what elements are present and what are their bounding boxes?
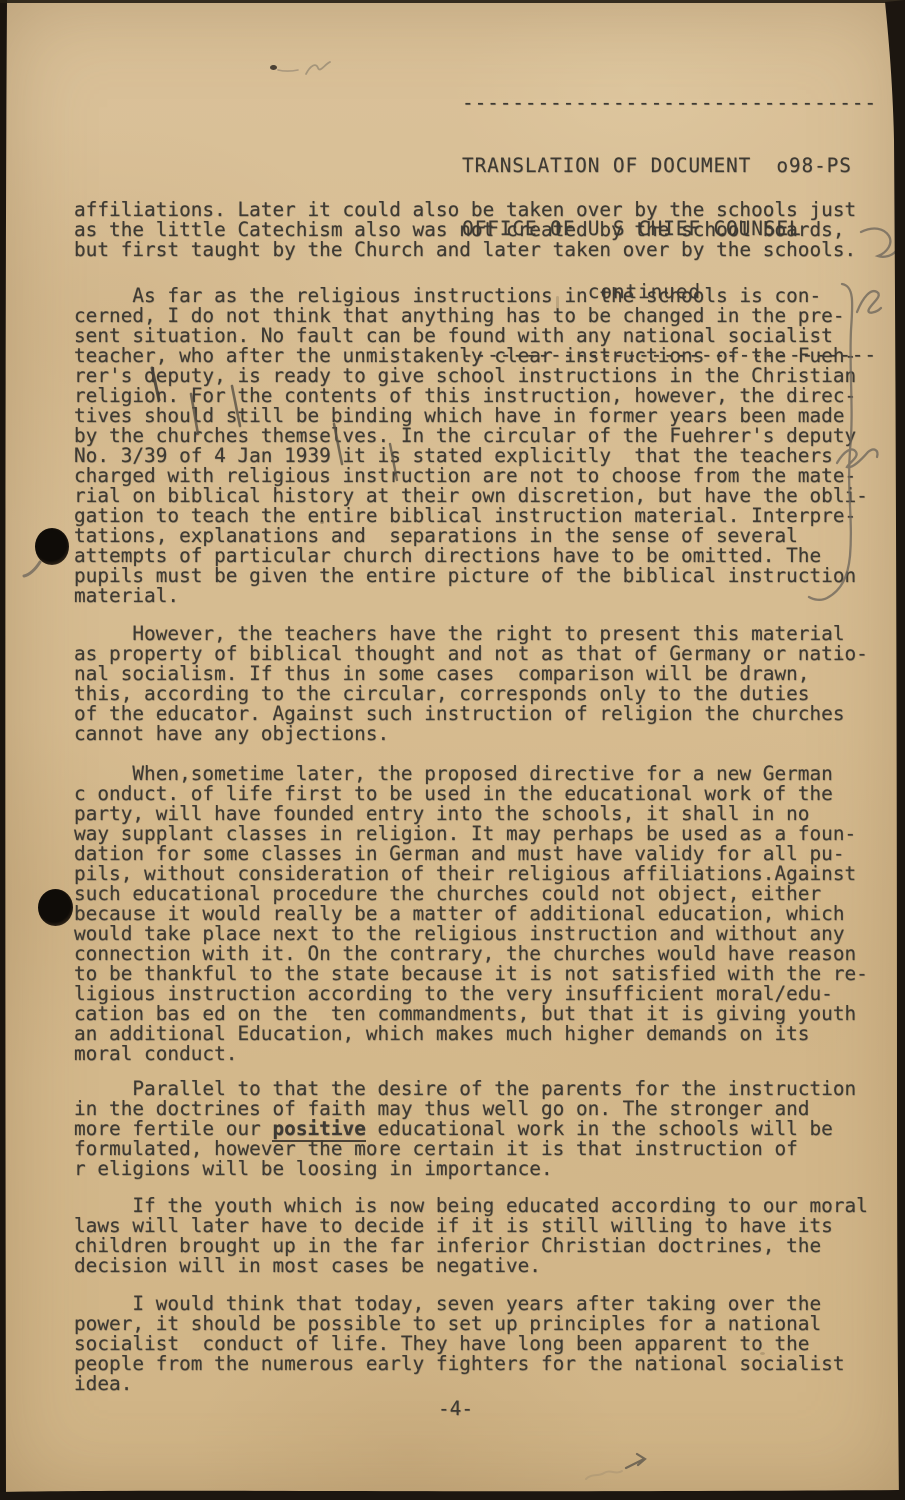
text-line: of the educator. Against such instructio… [74, 704, 868, 724]
text-line: sent situation. No fault can be found wi… [74, 326, 868, 346]
text-line: formulated, however the more certain it … [74, 1139, 856, 1159]
text-line: as property of biblical thought and not … [74, 644, 868, 664]
text-line: pils, without consideration of their rel… [74, 864, 868, 884]
text-line: rer's deputy, is ready to give school in… [74, 366, 868, 386]
paragraph-5: Parallel to that the desire of the paren… [74, 1079, 856, 1179]
text-line: rial on biblical history at their own di… [74, 486, 868, 506]
text-line: cation bas ed on the ten commandments, b… [74, 1004, 868, 1024]
text-line: as the little Catechism also was not cre… [74, 220, 856, 240]
text-line: religion. For the contents of this instr… [74, 386, 868, 406]
text-line: As far as the religious instructions in … [74, 286, 868, 306]
text-line: pupils must be given the entire picture … [74, 566, 868, 586]
text-line: gation to teach the entire biblical inst… [74, 506, 868, 526]
text-line: No. 3/39 of 4 Jan 1939 it is stated expl… [74, 446, 868, 466]
text-line: an additional Education, which makes muc… [74, 1024, 868, 1044]
ink-speck [270, 65, 277, 70]
text-line: connection with it. On the contrary, the… [74, 944, 868, 964]
text-line: to be thankful to the state because it i… [74, 964, 868, 984]
scanned-document-page: --------------------------------- TRANSL… [0, 0, 905, 1500]
text-line: affiliations. Later it could also be tak… [74, 200, 856, 220]
text-line: but first taught by the Church and later… [74, 240, 856, 260]
text-line: attempts of particular church directions… [74, 546, 868, 566]
text-line: would take place next to the religious i… [74, 924, 868, 944]
paragraph-4: When,sometime later, the proposed direct… [74, 764, 868, 1064]
scan-edge-right [885, 0, 905, 1500]
text-line: decision will in most cases be negative. [74, 1256, 868, 1276]
hole-punch-top [35, 528, 69, 565]
scan-edge-bottom [0, 1490, 905, 1500]
text-line: nal socialism. If thus in some cases com… [74, 664, 868, 684]
text-line: people from the numerous early fighters … [74, 1354, 845, 1374]
text-line: in the doctrines of faith may thus well … [74, 1099, 856, 1119]
text-line: tives should still be binding which have… [74, 406, 868, 426]
paragraph-2: As far as the religious instructions in … [74, 286, 868, 606]
header-dashed-rule-top: --------------------------------- [462, 92, 877, 113]
hole-punch-bottom [38, 889, 73, 926]
text-line: cerned, I do not think that anything has… [74, 306, 868, 326]
text-line: However, the teachers have the right to … [74, 624, 868, 644]
text-line: If the youth which is now being educated… [74, 1196, 868, 1216]
text-line: party, will have founded entry into the … [74, 804, 868, 824]
scan-edge-left [0, 0, 7, 1500]
text-line: c onduct. of life first to be used in th… [74, 784, 868, 804]
paragraph-1: affiliations. Later it could also be tak… [74, 200, 856, 260]
text-line: socialist conduct of life. They have lon… [74, 1334, 845, 1354]
page-number: -4- [438, 1399, 473, 1419]
text-line: because it would really be a matter of a… [74, 904, 868, 924]
text-line: I would think that today, seven years af… [74, 1294, 845, 1314]
paragraph-7: I would think that today, seven years af… [74, 1294, 845, 1394]
text-line: this, according to the circular, corresp… [74, 684, 868, 704]
scan-edge-top [0, 0, 905, 3]
text-line: more fertile our positive educational wo… [74, 1119, 856, 1139]
pencil-arrow-bottom [626, 1454, 645, 1468]
pencil-mark-near-header [278, 70, 298, 71]
header-title-line: TRANSLATION OF DOCUMENT o98-PS [462, 155, 877, 176]
text-line: by the churches themselves. In the circu… [74, 426, 868, 446]
pencil-squiggle-header [306, 62, 330, 74]
text-line: ligious instruction according to the ver… [74, 984, 868, 1004]
paragraph-6: If the youth which is now being educated… [74, 1196, 868, 1276]
text-line: children brought up in the far inferior … [74, 1236, 868, 1256]
pencil-smudge-bottom [586, 1471, 622, 1479]
text-line: material. [74, 586, 868, 606]
text-line: r eligions will be loosing in importance… [74, 1159, 856, 1179]
pencil-punch-tail [24, 562, 40, 576]
text-line: way supplant classes in religion. It may… [74, 824, 868, 844]
text-line: Parallel to that the desire of the paren… [74, 1079, 856, 1099]
text-line: When,sometime later, the proposed direct… [74, 764, 868, 784]
text-line: tations, explanations and separations in… [74, 526, 868, 546]
paragraph-3: However, the teachers have the right to … [74, 624, 868, 744]
text-line: charged with religious instruction are n… [74, 466, 868, 486]
text-line: power, it should be possible to set up p… [74, 1314, 845, 1334]
text-line: idea. [74, 1374, 845, 1394]
text-line: dation for some classes in German and mu… [74, 844, 868, 864]
text-line: teacher, who after the unmistakenly clea… [74, 346, 868, 366]
text-line: laws will later have to decide if it is … [74, 1216, 868, 1236]
text-line: moral conduct. [74, 1044, 868, 1064]
text-line: cannot have any objections. [74, 724, 868, 744]
text-line: such educational procedure the churches … [74, 884, 868, 904]
